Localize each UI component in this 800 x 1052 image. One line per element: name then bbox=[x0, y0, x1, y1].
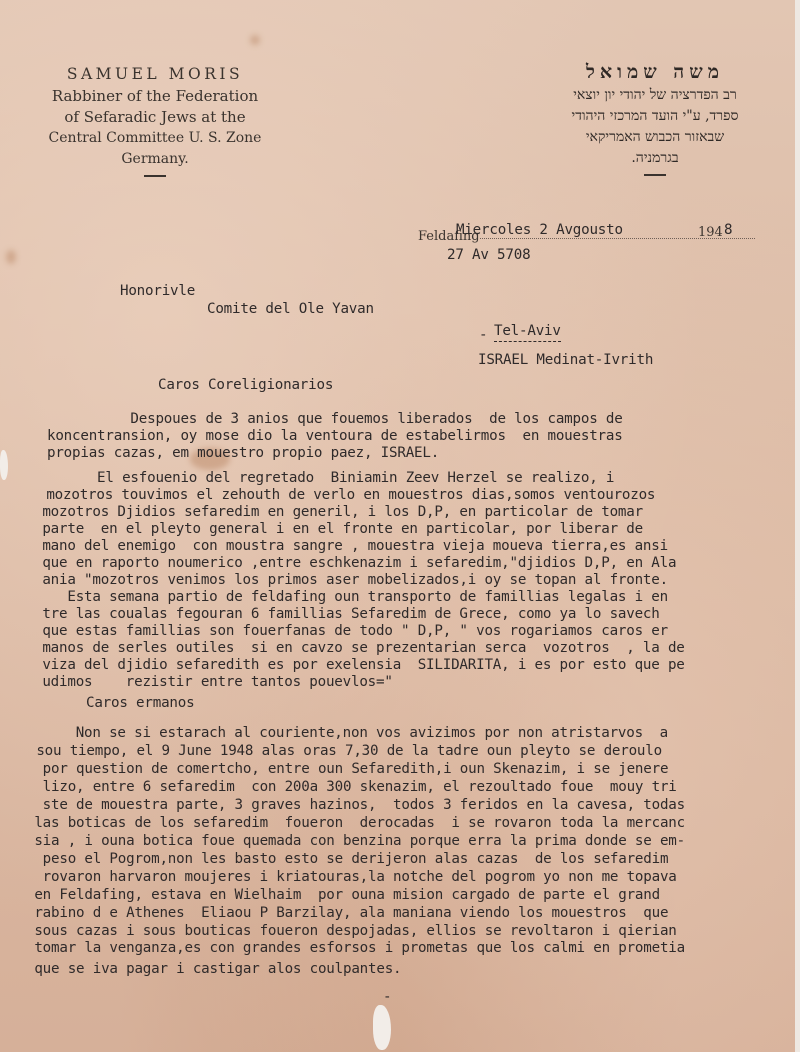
address-city-dash: - bbox=[479, 324, 487, 346]
address-country: ISRAEL Medinat-Ivrith bbox=[478, 349, 653, 371]
paper-tear bbox=[795, 0, 800, 1052]
dateline-year-printed: 194 bbox=[698, 225, 723, 240]
paragraph-1-line: propias cazas, em mouestro propio paez, … bbox=[47, 442, 439, 464]
bottom-dash: - bbox=[383, 986, 391, 1008]
letterhead-line-hebrew: רב הפדרציה של יהודי יון יוצאי bbox=[555, 85, 755, 106]
letterhead-name: SAMUEL MORIS bbox=[40, 64, 270, 85]
letterhead-line: Germany. bbox=[40, 149, 270, 170]
address-city: Tel-Aviv bbox=[494, 322, 561, 342]
paper-tear bbox=[0, 450, 8, 480]
dateline-year-typed: 8 bbox=[724, 219, 732, 241]
letterhead-line-hebrew: בגרמניה. bbox=[555, 148, 755, 169]
stain bbox=[6, 250, 16, 264]
letterhead-line: of Sefaradic Jews at the bbox=[40, 107, 270, 128]
letterhead-line-hebrew: שבאזור הכבוש האמריקאי bbox=[555, 127, 755, 148]
dateline-date: Miercoles 2 Avgousto bbox=[456, 219, 623, 241]
closing-line: que se iva pagar i castigar alos coulpan… bbox=[26, 958, 401, 980]
hebrew-date: 27 Av 5708 bbox=[447, 244, 530, 266]
paper-tear bbox=[373, 1005, 391, 1050]
paragraph-3-line: udimos rezistir entre tantos pouevlos=" bbox=[34, 671, 393, 693]
greeting: Caros Coreligionarios bbox=[158, 374, 333, 396]
greeting-2: Caros ermanos bbox=[86, 692, 194, 714]
address-title: Honorivle bbox=[120, 280, 195, 302]
letterhead-hebrew: משה שמואל רב הפדרציה של יהודי יון יוצאי … bbox=[555, 62, 755, 176]
letterhead-line: Rabbiner of the Federation bbox=[40, 86, 270, 107]
address-recipient: Comite del Ole Yavan bbox=[207, 298, 374, 320]
letterhead-rule bbox=[644, 174, 666, 176]
letterhead-english: SAMUEL MORIS Rabbiner of the Federation … bbox=[40, 64, 270, 177]
letterhead-line: Central Committee U. S. Zone bbox=[40, 128, 270, 149]
paragraph-4-line: tomar la venganza,es con grandes esforso… bbox=[26, 937, 685, 959]
letterhead-name-hebrew: משה שמואל bbox=[555, 62, 755, 83]
stain bbox=[250, 35, 260, 45]
letterhead-line-hebrew: ספרד, ע"י הועד המרכזי היהודי bbox=[555, 106, 755, 127]
letterhead-rule bbox=[144, 175, 166, 177]
